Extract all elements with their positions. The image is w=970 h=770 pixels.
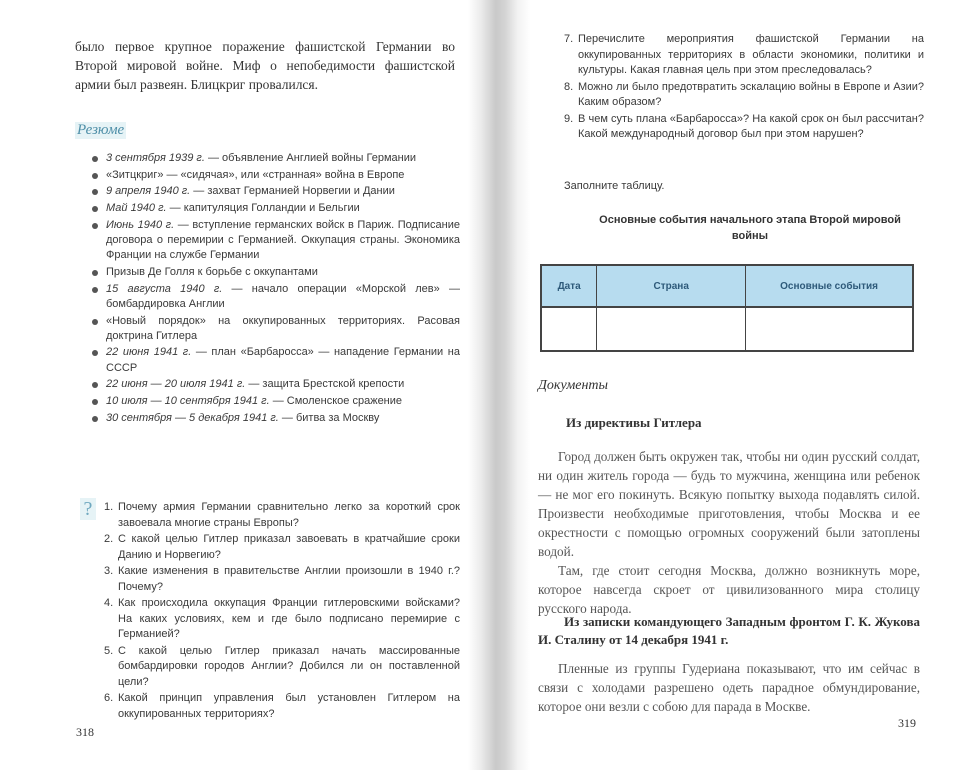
question-text: В чем суть плана «Барбаросса»? На какой … (578, 113, 924, 141)
question-item: 9.В чем суть плана «Барбаросса»? На како… (564, 112, 924, 143)
bullet-icon (92, 206, 98, 212)
table-title: Основные события начального этапа Второй… (590, 212, 910, 244)
bullet-icon (92, 270, 98, 276)
table-header-row: Дата Страна Основные события (541, 265, 913, 307)
resume-item-date: Май 1940 г. (106, 202, 167, 214)
resume-item-text: — капитуляция Голландии и Бельгии (167, 202, 360, 214)
doc1-text: Город должен быть окружен так, чтобы ни … (538, 447, 920, 618)
resume-item-date: 3 сентября 1939 г. (106, 152, 205, 164)
bullet-icon (92, 350, 98, 356)
doc1-heading: Из директивы Гитлера (566, 414, 916, 432)
question-text: Какой принцип управления был установлен … (118, 692, 460, 720)
resume-item-text: — захват Германией Норвегии и Дании (190, 185, 395, 197)
question-item: 5.С какой целью Гитлер приказал начать м… (104, 644, 460, 691)
right-page: 7.Перечислите мероприятия фашистской Гер… (530, 0, 970, 770)
resume-item-text: — защита Брестской крепости (245, 378, 404, 390)
question-number: 2. (104, 532, 113, 548)
table-cell-events[interactable] (746, 307, 913, 351)
table-cell-date[interactable] (541, 307, 597, 351)
resume-item-date: Июнь 1940 г. (106, 219, 174, 231)
question-number: 5. (104, 644, 113, 660)
resume-item-text: — Смоленское сражение (270, 395, 402, 407)
bullet-icon (92, 416, 98, 422)
questions-list-continued: 7.Перечислите мероприятия фашистской Гер… (564, 32, 924, 144)
resume-item-text: — объявление Англией войны Германии (205, 152, 416, 164)
documents-heading: Документы (538, 378, 608, 394)
doc2-heading: Из записки командующего Западным фронтом… (538, 613, 920, 649)
bullet-icon (92, 156, 98, 162)
resume-item: «Новый порядок» на оккупированных террит… (92, 314, 460, 344)
page-number: 319 (898, 716, 916, 731)
resume-item: Июнь 1940 г. — вступление германских вой… (92, 218, 460, 264)
book-spine (468, 0, 530, 770)
resume-item-date: 22 июня 1941 г. (106, 346, 191, 358)
resume-item-text: «Новый порядок» на оккупированных террит… (106, 315, 460, 342)
question-number: 3. (104, 564, 113, 580)
resume-item: 22 июня — 20 июля 1941 г. — защита Брест… (92, 377, 460, 392)
resume-item-text: — битва за Москву (279, 412, 380, 424)
doc1-paragraph: Город должен быть окружен так, чтобы ни … (538, 447, 920, 561)
question-mark-icon: ? (80, 498, 96, 520)
resume-list: 3 сентября 1939 г. — объявление Англией … (92, 151, 460, 427)
column-header-date: Дата (541, 265, 597, 307)
doc2-paragraph: Пленные из группы Гудериана показывают, … (538, 659, 920, 716)
bullet-icon (92, 223, 98, 229)
doc1-paragraph: Там, где стоит сегодня Москва, должно во… (538, 561, 920, 618)
question-number: 8. (564, 80, 573, 96)
question-item: 6.Какой принцип управления был установле… (104, 691, 460, 722)
question-text: Какие изменения в правительстве Англии п… (118, 565, 460, 593)
resume-item: 9 апреля 1940 г. — захват Германией Норв… (92, 184, 460, 199)
resume-item-date: 10 июля — 10 сентября 1941 г. (106, 395, 270, 407)
resume-item: 3 сентября 1939 г. — объявление Англией … (92, 151, 460, 166)
question-number: 6. (104, 691, 113, 707)
question-item: 7.Перечислите мероприятия фашистской Гер… (564, 32, 924, 79)
table-cell-country[interactable] (597, 307, 746, 351)
question-number: 9. (564, 112, 573, 128)
question-item: 8.Можно ли было предотвратить эскалацию … (564, 80, 924, 111)
question-text: Почему армия Германии сравнительно легко… (118, 501, 460, 529)
resume-item: 30 сентября — 5 декабря 1941 г. — битва … (92, 411, 460, 426)
resume-item: «Зитцкриг» — «сидячая», или «странная» в… (92, 168, 460, 183)
questions-list: 1.Почему армия Германии сравнительно лег… (104, 500, 460, 723)
bullet-icon (92, 319, 98, 325)
table-row (541, 307, 913, 351)
resume-item-date: 22 июня — 20 июля 1941 г. (106, 378, 245, 390)
question-number: 4. (104, 596, 113, 612)
resume-item: Призыв Де Голля к борьбе с оккупантами (92, 265, 460, 280)
bullet-icon (92, 399, 98, 405)
resume-item: 10 июля — 10 сентября 1941 г. — Смоленск… (92, 394, 460, 409)
question-number: 7. (564, 32, 573, 48)
resume-item-text: «Зитцкриг» — «сидячая», или «странная» в… (106, 169, 404, 181)
resume-item: Май 1940 г. — капитуляция Голландии и Бе… (92, 201, 460, 216)
bullet-icon (92, 382, 98, 388)
left-page: было первое крупное поражение фашистской… (0, 0, 480, 770)
resume-item-date: 9 апреля 1940 г. (106, 185, 190, 197)
doc2-text: Пленные из группы Гудериана показывают, … (538, 659, 920, 716)
question-item: 2.С какой целью Гитлер приказал завоеват… (104, 532, 460, 563)
resume-item: 22 июня 1941 г. — план «Барбаросса» — на… (92, 345, 460, 375)
intro-paragraph: было первое крупное поражение фашистской… (75, 37, 455, 94)
question-item: 4.Как происходила оккупация Франции гитл… (104, 596, 460, 643)
column-header-events: Основные события (746, 265, 913, 307)
bullet-icon (92, 173, 98, 179)
question-item: 3.Какие изменения в правительстве Англии… (104, 564, 460, 595)
resume-item-date: 15 августа 1940 г. (106, 283, 222, 295)
resume-item-text: Призыв Де Голля к борьбе с оккупантами (106, 266, 318, 278)
question-number: 1. (104, 500, 113, 516)
resume-item-date: 30 сентября — 5 декабря 1941 г. (106, 412, 279, 424)
resume-item: 15 августа 1940 г. — начало операции «Мо… (92, 282, 460, 312)
bullet-icon (92, 287, 98, 293)
fill-table-instruction: Заполните таблицу. (564, 180, 664, 192)
page-number: 318 (76, 725, 94, 740)
question-item: 1.Почему армия Германии сравнительно лег… (104, 500, 460, 531)
events-table: Дата Страна Основные события (540, 264, 914, 352)
question-text: С какой целью Гитлер приказал начать мас… (118, 645, 460, 688)
column-header-country: Страна (597, 265, 746, 307)
bullet-icon (92, 189, 98, 195)
question-text: С какой целью Гитлер приказал завоевать … (118, 533, 460, 561)
question-text: Перечислите мероприятия фашистской Герма… (578, 33, 924, 76)
question-text: Как происходила оккупация Франции гитлер… (118, 597, 460, 640)
resume-heading: Резюме (75, 122, 126, 139)
question-text: Можно ли было предотвратить эскалацию во… (578, 81, 924, 109)
